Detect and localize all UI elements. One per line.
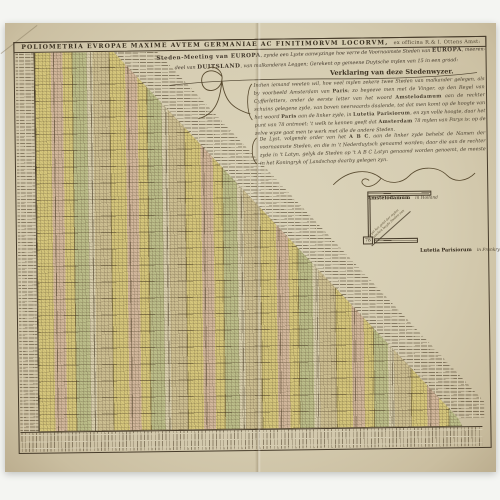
city-name-paris: Paris [281, 113, 297, 119]
inset-city-lutetia: Lutetia Parisiorum [420, 247, 472, 254]
inset-bottom-bar [374, 237, 418, 243]
usage-example-inset: Amstelodamum in Holland wyst het getal d… [355, 183, 492, 261]
map-content: POLIOMETRIA EVROPAE MAXIME AVTEM GERMANI… [0, 0, 500, 500]
publisher-imprint: ex officina R.& I. Ottens Amst: [394, 38, 481, 45]
abc-reference: A B C [349, 133, 369, 140]
city-name-lutetia: Lutetia Parisiorum [353, 110, 410, 118]
city-name-amsterdam: Amsterdam [378, 118, 412, 125]
diagonal-note-line2: tusschen beyde Steden aan [371, 206, 409, 240]
inset-distance-value-box: 78 [363, 236, 373, 244]
explanation-paragraph-1: Indien iemand weeten wil, hoe veel mylen… [253, 76, 486, 138]
city-name-paris: Paris [332, 88, 348, 94]
city-name-amstelodamum: Amstelodamum [395, 93, 441, 100]
inset-region-frankryk: in Frankryk [477, 247, 500, 252]
inset-bottom-label: Lutetia Parisiorum in Frankryk [420, 235, 500, 255]
inset-region-holland: in Holland [415, 196, 438, 201]
cartouche-text: , meeren- [462, 46, 486, 53]
diagonal-note-line1: wyst het getal der mylen [368, 203, 406, 237]
center-fold-crease [255, 23, 261, 472]
paragraph-text: aan de linker zyde, in [296, 112, 353, 120]
inset-top-bar [367, 190, 431, 196]
scanned-map-photo: POLIOMETRIA EVROPAE MAXIME AVTEM GERMANI… [0, 0, 500, 500]
paragraph-text: De Lyst, volgende order van het [259, 134, 349, 143]
cartouche-text: EUROPA [432, 47, 462, 54]
